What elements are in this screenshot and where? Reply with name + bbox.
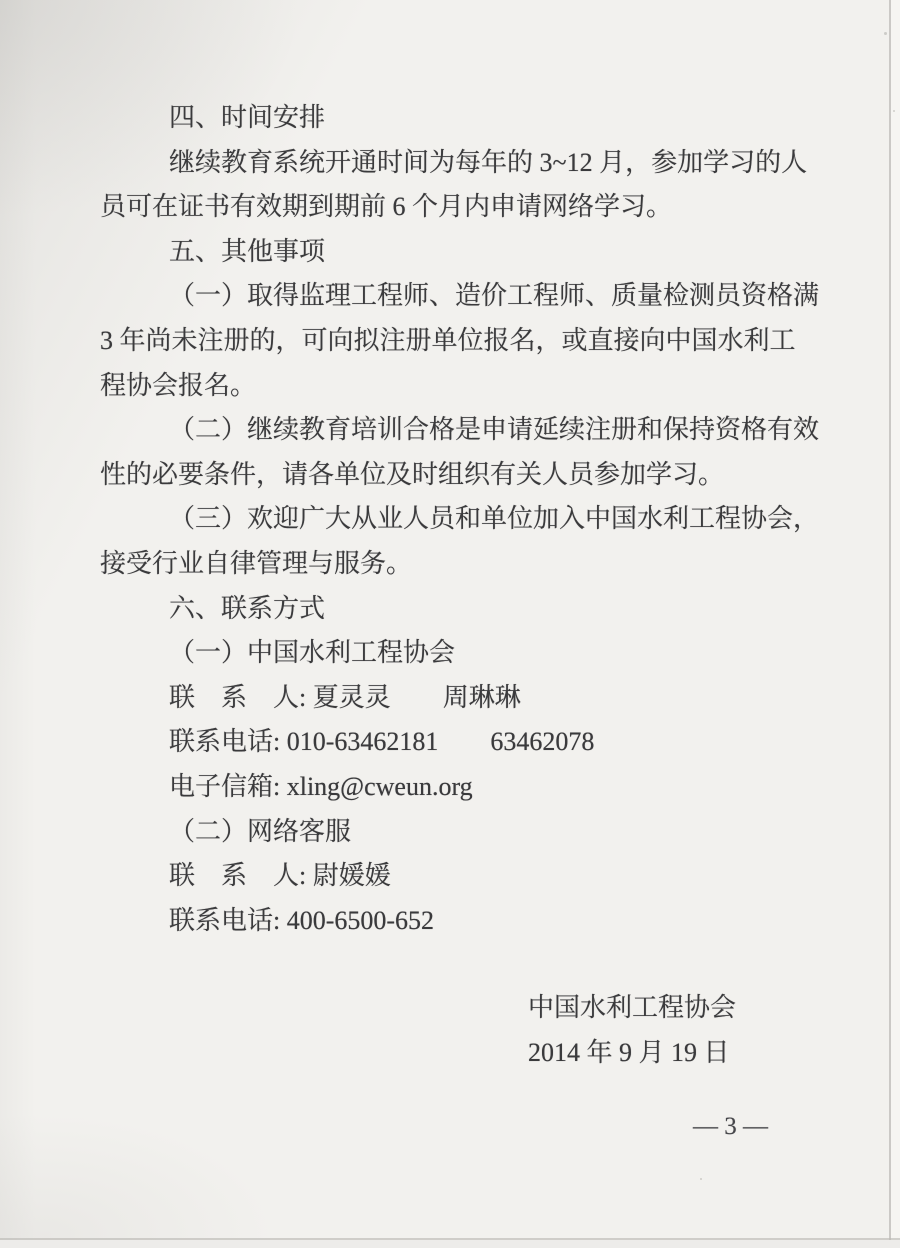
page-number: — 3 —	[693, 1112, 768, 1142]
contact-email-line: 电子信箱: xling@cweun.org	[100, 765, 810, 810]
paragraph-line: （一）取得监理工程师、造价工程师、质量检测员资格满	[100, 274, 810, 319]
signature-block: 中国水利工程协会 2014 年 9 月 19 日	[528, 986, 736, 1075]
document-body: 四、时间安排 继续教育系统开通时间为每年的 3~12 月，参加学习的人 员可在证…	[100, 96, 810, 943]
paragraph-line: 性的必要条件，请各单位及时组织有关人员参加学习。	[100, 453, 810, 498]
scan-right-edge	[891, 0, 900, 1248]
contact-person-line: 联 系 人: 尉媛媛	[100, 854, 810, 899]
signature-org: 中国水利工程协会	[528, 986, 736, 1031]
subsection-heading: （二）网络客服	[100, 810, 810, 855]
subsection-heading: （一）中国水利工程协会	[100, 631, 810, 676]
contact-phone-line: 联系电话: 400-6500-652	[100, 899, 810, 944]
paragraph-line: 继续教育系统开通时间为每年的 3~12 月，参加学习的人	[100, 141, 810, 186]
scan-bottom-edge-line	[0, 1238, 900, 1240]
paragraph-line: （二）继续教育培训合格是申请延续注册和保持资格有效	[100, 408, 810, 453]
section-heading-four: 四、时间安排	[100, 96, 810, 141]
scan-right-edge-line	[889, 0, 891, 1248]
paragraph-line: （三）欢迎广大从业人员和单位加入中国水利工程协会，	[100, 497, 810, 542]
dust-speck	[884, 32, 887, 35]
paragraph-line: 3 年尚未注册的，可向拟注册单位报名，或直接向中国水利工	[100, 319, 810, 364]
scan-bottom-edge	[0, 1240, 900, 1248]
scanned-page: 四、时间安排 继续教育系统开通时间为每年的 3~12 月，参加学习的人 员可在证…	[0, 0, 900, 1248]
paragraph-line: 接受行业自律管理与服务。	[100, 542, 810, 587]
contact-person-line: 联 系 人: 夏灵灵 周琳琳	[100, 676, 810, 721]
paragraph-line: 员可在证书有效期到期前 6 个月内申请网络学习。	[100, 185, 810, 230]
signature-date: 2014 年 9 月 19 日	[528, 1031, 736, 1076]
paragraph-line: 程协会报名。	[100, 364, 810, 409]
contact-phone-line: 联系电话: 010-63462181 63462078	[100, 720, 810, 765]
section-heading-five: 五、其他事项	[100, 230, 810, 275]
dust-speck	[700, 1178, 702, 1180]
dust-speck	[893, 110, 895, 112]
section-heading-six: 六、联系方式	[100, 587, 810, 632]
